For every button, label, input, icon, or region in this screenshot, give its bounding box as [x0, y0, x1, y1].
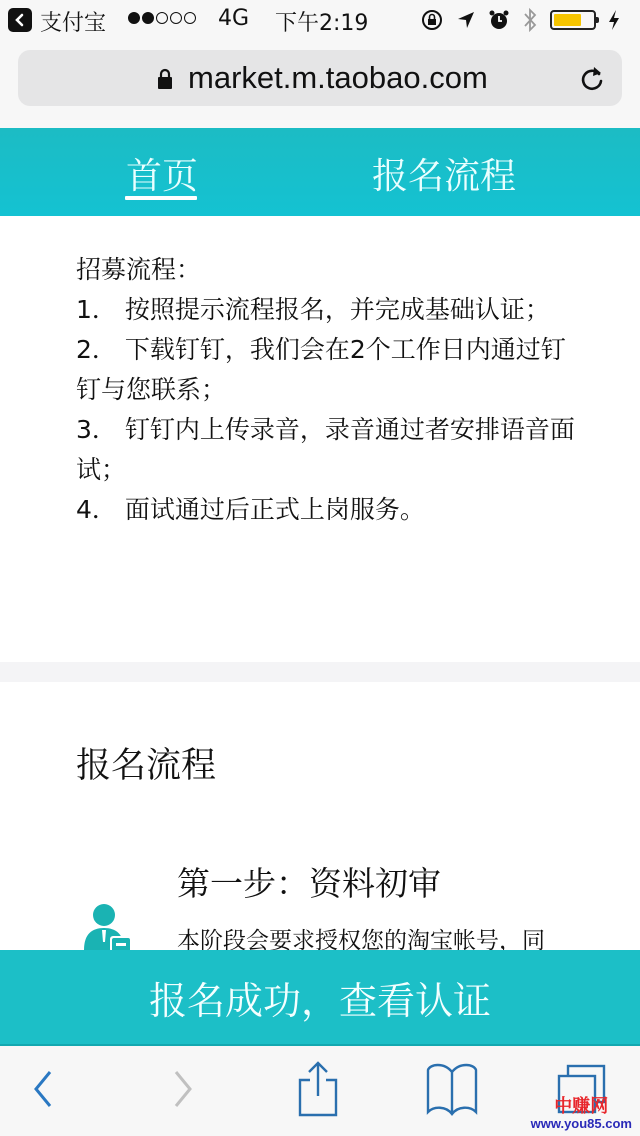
- clock: 下午2:19: [275, 6, 368, 37]
- location-arrow-icon: [456, 10, 476, 30]
- battery-icon: [550, 10, 596, 30]
- back-app-label[interactable]: 支付宝: [40, 6, 106, 37]
- tab-signup-process[interactable]: 报名流程: [372, 148, 516, 199]
- active-tab-indicator: [125, 196, 197, 200]
- back-icon[interactable]: [28, 1064, 58, 1114]
- tab-home[interactable]: 首页: [126, 148, 198, 199]
- status-bar: 支付宝 4G 下午2:19: [0, 0, 640, 40]
- forward-icon[interactable]: [168, 1064, 198, 1114]
- rotation-lock-icon: [420, 8, 444, 32]
- bluetooth-icon: [522, 7, 538, 33]
- person-badge-icon: [82, 902, 138, 950]
- reload-icon[interactable]: [578, 64, 606, 94]
- watermark: 中赚网 www.you85.com: [531, 1098, 632, 1131]
- section-title: 报名流程: [76, 738, 216, 788]
- intro-step-2: 2． 下载钉钉，我们会在2个工作日内通过钉钉与您联系；: [76, 330, 576, 410]
- intro-step-1: 1． 按照提示流程报名，并完成基础认证；: [76, 290, 576, 330]
- recruitment-process: 招募流程： 1． 按照提示流程报名，并完成基础认证； 2． 下载钉钉，我们会在2…: [76, 250, 576, 530]
- signal-strength-icon: [128, 12, 196, 24]
- view-verification-button[interactable]: 报名成功，查看认证: [0, 950, 640, 1046]
- network-type: 4G: [218, 6, 249, 31]
- bookmarks-icon[interactable]: [424, 1060, 480, 1116]
- intro-step-3: 3． 钉钉内上传录音，录音通过者安排语音面试；: [76, 410, 576, 490]
- top-nav: 首页 报名流程: [0, 128, 640, 216]
- watermark-name: 中赚网: [531, 1098, 632, 1116]
- lock-icon: [156, 68, 174, 90]
- browser-address-area: market.m.taobao.com: [0, 40, 640, 128]
- section-divider: [0, 662, 640, 682]
- alarm-icon: [488, 9, 510, 31]
- share-icon[interactable]: [296, 1060, 340, 1118]
- intro-heading: 招募流程：: [76, 250, 576, 290]
- address-bar[interactable]: market.m.taobao.com: [18, 50, 622, 106]
- intro-step-4: 4． 面试通过后正式上岗服务。: [76, 490, 576, 530]
- charging-bolt-icon: [608, 9, 620, 31]
- url-text[interactable]: market.m.taobao.com: [188, 60, 488, 96]
- watermark-url: www.you85.com: [531, 1116, 632, 1131]
- back-to-app-icon[interactable]: [8, 8, 32, 32]
- step-title: 第一步：资料初审: [177, 858, 441, 905]
